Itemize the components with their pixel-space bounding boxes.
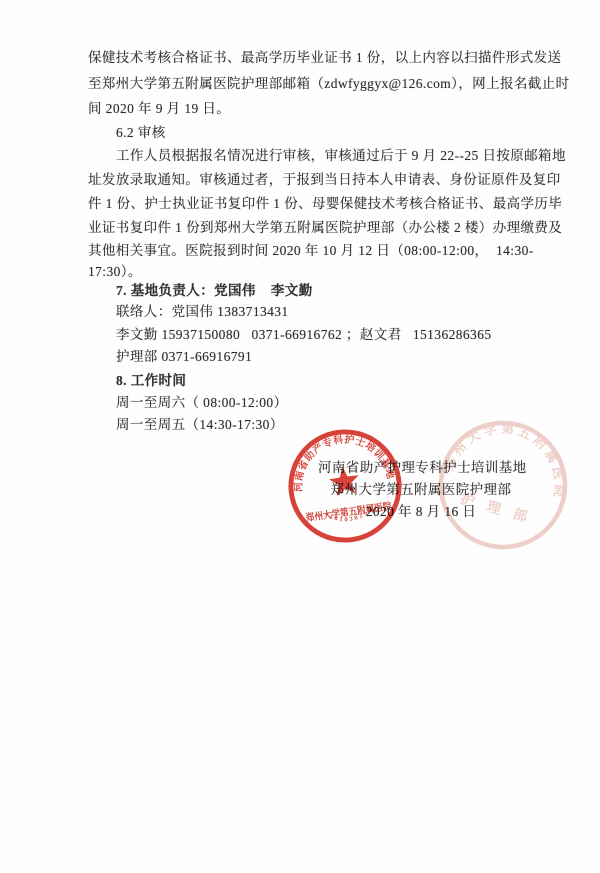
section-6-2-heading: 6.2 审核 xyxy=(116,125,166,140)
signature-block: 河南省助产护理专科护士培训基地 郑州大学第五附属医院护理部 2020 年 8 月… xyxy=(318,460,524,526)
contact-line: 联络人：党国伟 1383713431 xyxy=(116,304,289,319)
intro-line: 间 2020 年 9 月 19 日。 xyxy=(88,101,230,116)
work-hours-line: 周一至周五（14:30-17:30） xyxy=(116,417,284,432)
review-paragraph-line: 件 1 份、护士执业证书复印件 1 份、母婴保健技术考核合格证书、最高学历毕 xyxy=(88,196,562,211)
contact-line: 李文勤 15937150080 0371-66916762 ；赵文君 15136… xyxy=(116,327,492,342)
work-hours-line: 周一至周六（ 08:00-12:00） xyxy=(116,395,287,410)
review-paragraph-line: 工作人员根据报名情况进行审核，审核通过后于 9 月 22--25 日按原邮箱地 xyxy=(116,148,566,163)
section-7-heading: 7. 基地负责人：党国伟 李文勤 xyxy=(116,283,313,298)
contact-line: 护理部 0371-66916791 xyxy=(116,349,252,364)
review-paragraph-line: 17:30）。 xyxy=(88,264,142,279)
signature-date: 2020 年 8 月 16 日 xyxy=(318,504,524,526)
review-paragraph-line: 业证书复印件 1 份到郑州大学第五附属医院护理部（办公楼 2 楼）办理缴费及 xyxy=(88,220,562,235)
review-paragraph-line: 其他相关事宜。医院报到时间 2020 年 10 月 12 日（08:00-12:… xyxy=(88,243,534,258)
scanned-document-page: 保健技术考核合格证书、最高学历毕业证书 1 份，以上内容以扫描件形式发送 至郑州… xyxy=(0,0,600,873)
signature-org-line: 河南省助产护理专科护士培训基地 xyxy=(318,460,524,482)
intro-line: 保健技术考核合格证书、最高学历毕业证书 1 份，以上内容以扫描件形式发送 xyxy=(88,50,561,65)
signature-dept-line: 郑州大学第五附属医院护理部 xyxy=(318,482,524,504)
section-8-heading: 8. 工作时间 xyxy=(116,373,186,388)
review-paragraph-line: 址发放录取通知。审核通过者，于报到当日持本人申请表、身份证原件及复印 xyxy=(88,172,561,187)
intro-line: 至郑州大学第五附属医院护理部邮箱（zdwfyggyx@126.com），网上报名… xyxy=(88,76,570,91)
